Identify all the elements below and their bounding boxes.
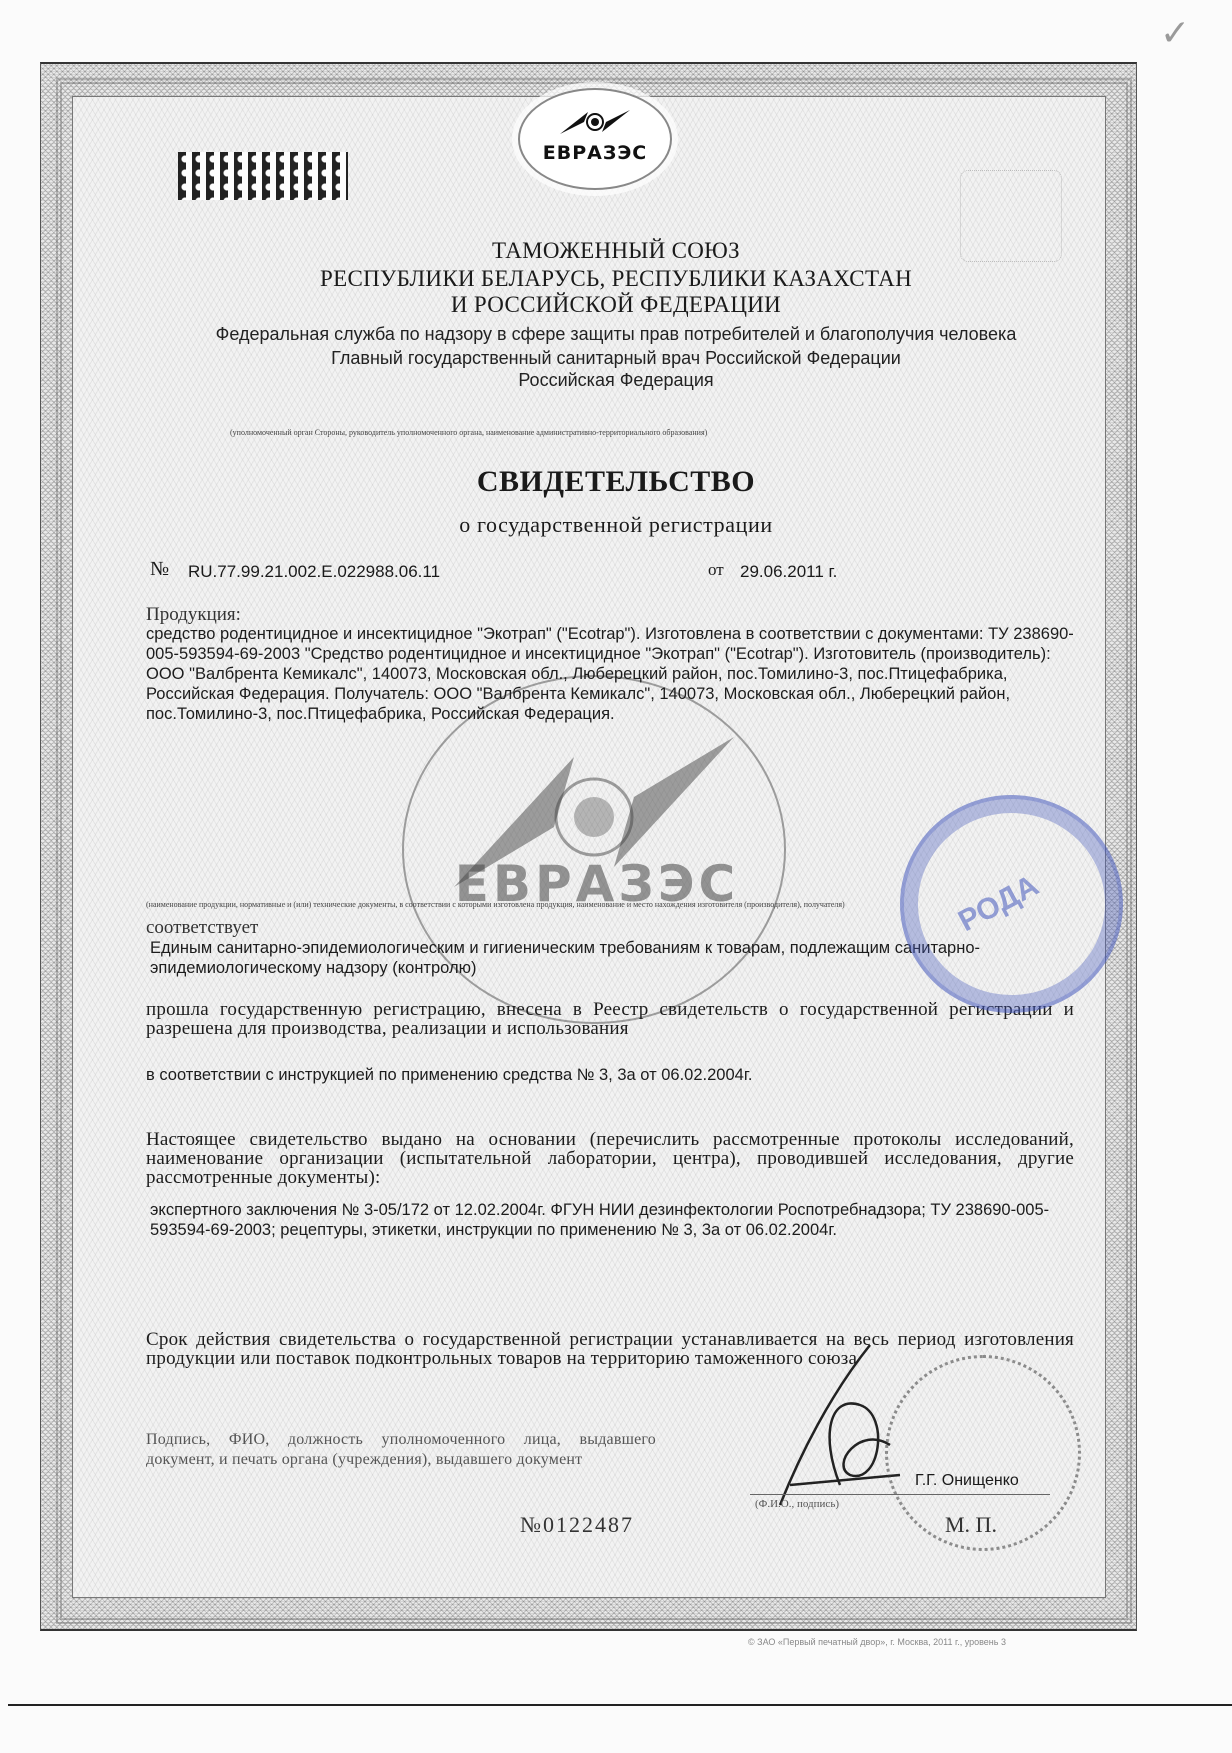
header-line-2: РЕСПУБЛИКИ БЕЛАРУСЬ, РЕСПУБЛИКИ КАЗАХСТА… bbox=[0, 266, 1232, 292]
conformity-label: соответствует bbox=[146, 917, 258, 939]
blank-number: №0122487 bbox=[520, 1512, 634, 1538]
evrazes-logo: ЕВРАЗЭС bbox=[518, 88, 672, 190]
certificate-content: ✓ ЕВРАЗЭС ТАМОЖЕННЫЙ СОЮЗ РЕСПУБЛИКИ БЕЛ… bbox=[0, 0, 1232, 1753]
basis-text: экспертного заключения № 3-05/172 от 12.… bbox=[150, 1200, 1070, 1240]
registration-instruction: в соответствии с инструкцией по применен… bbox=[146, 1065, 1074, 1085]
security-pattern bbox=[178, 152, 348, 200]
product-label: Продукция: bbox=[146, 604, 241, 626]
signature-caption: Подпись, ФИО, должность уполномоченного … bbox=[146, 1430, 656, 1470]
validity-text: Срок действия свидетельства о государств… bbox=[146, 1330, 1074, 1368]
blue-round-stamp: РОДА bbox=[900, 795, 1123, 1013]
signatory-caption: (Ф.И.О., подпись) bbox=[755, 1498, 839, 1510]
certificate-subtitle: о государственной регистрации bbox=[0, 512, 1232, 538]
header-line-1: ТАМОЖЕННЫЙ СОЮЗ bbox=[0, 238, 1232, 264]
basis-label: Настоящее свидетельство выдано на основа… bbox=[146, 1130, 1074, 1187]
date-label: от bbox=[708, 560, 724, 580]
product-caption: (наименование продукции, нормативные и (… bbox=[146, 900, 845, 909]
seal-mark: М. П. bbox=[945, 1512, 997, 1538]
checkmark-icon: ✓ bbox=[1160, 12, 1190, 54]
logo-text: ЕВРАЗЭС bbox=[520, 142, 670, 164]
evrazes-emblem-icon bbox=[558, 108, 632, 136]
signatory-name: Г.Г. Онищенко bbox=[915, 1472, 1019, 1490]
evrazes-watermark-emblem-icon bbox=[444, 717, 744, 887]
certificate-date: 29.06.2011 г. bbox=[740, 562, 837, 582]
authority-line-1: Федеральная служба по надзору в сфере за… bbox=[0, 324, 1232, 345]
product-text: средство родентицидное и инсектицидное "… bbox=[146, 624, 1076, 724]
registration-text: прошла государственную регистрацию, внес… bbox=[146, 1000, 1074, 1038]
certificate-title: СВИДЕТЕЛЬСТВО bbox=[0, 465, 1232, 499]
authority-caption: (уполномоченный орган Стороны, руководит… bbox=[230, 428, 707, 437]
number-label: № bbox=[150, 558, 169, 581]
stamp-text: РОДА bbox=[953, 869, 1045, 939]
conformity-text: Единым санитарно-эпидемиологическим и ги… bbox=[150, 938, 1060, 978]
header-line-3: И РОССИЙСКОЙ ФЕДЕРАЦИИ bbox=[0, 292, 1232, 318]
page-edge-line bbox=[8, 1704, 1232, 1706]
certificate-number: RU.77.99.21.002.Е.022988.06.11 bbox=[188, 562, 440, 582]
authority-line-2: Главный государственный санитарный врач … bbox=[0, 348, 1232, 369]
printer-footer: © ЗАО «Первый печатный двор», г. Москва,… bbox=[748, 1637, 1006, 1647]
signature-line bbox=[750, 1494, 1050, 1495]
authority-line-3: Российская Федерация bbox=[0, 370, 1232, 391]
